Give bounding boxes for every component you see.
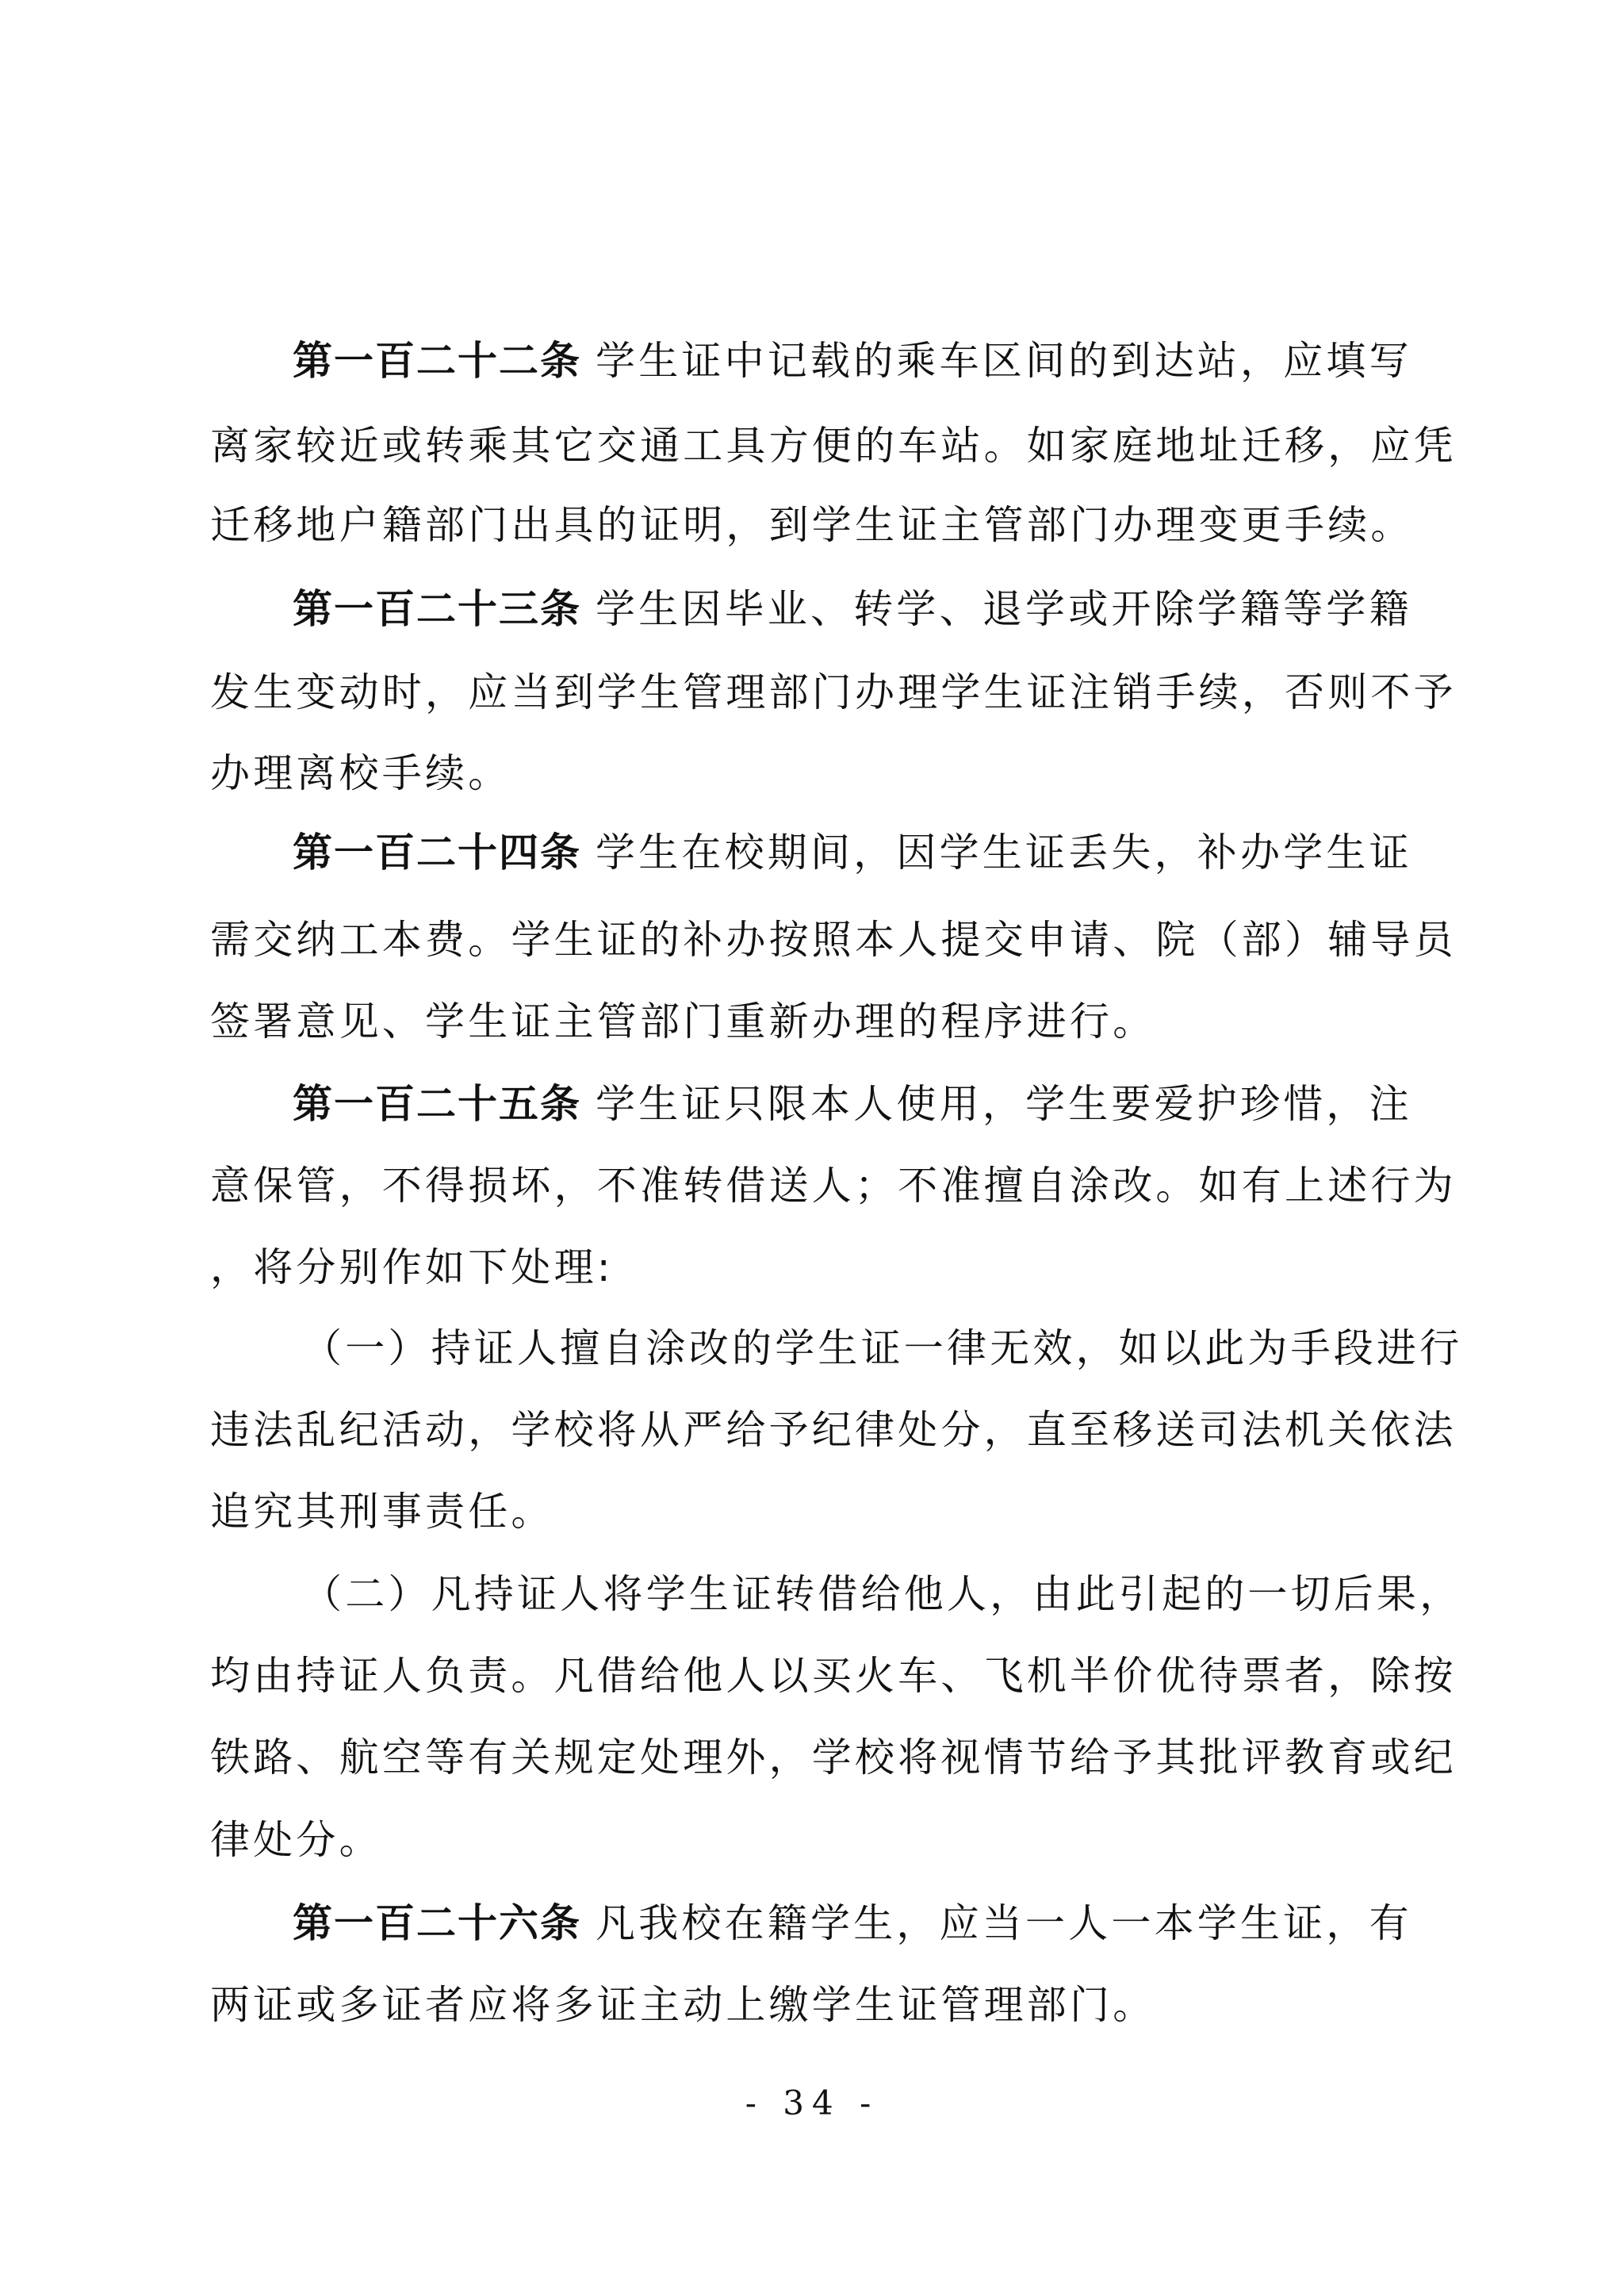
article-text-line: 办理离校手续。 <box>210 749 511 797</box>
article-text: 学生证只限本人使用，学生要爱护珍惜，注 <box>596 1081 1412 1127</box>
article-text-line: 发生变动时，应当到学生管理部门办理学生证注销手续，否则不予 <box>210 669 1457 716</box>
clause-item-line: 违法乱纪活动，学校将从严给予纪律处分，直至移送司法机关依法 <box>210 1406 1457 1454</box>
article-text: 学生证中记载的乘车区间的到达站，应填写 <box>596 338 1412 384</box>
article-heading: 第一百二十五条 <box>293 1081 581 1127</box>
article-122-first-line: 第一百二十二条学生证中记载的乘车区间的到达站，应填写 <box>293 337 1412 385</box>
article-heading: 第一百二十三条 <box>293 586 581 632</box>
article-text: 学生在校期间，因学生证丢失，补办学生证 <box>596 830 1412 876</box>
article-text-line: 需交纳工本费。学生证的补办按照本人提交申请、院（部）辅导员 <box>210 916 1457 964</box>
clause-item-line: 均由持证人负责。凡借给他人以买火车、飞机半价优待票者，除按 <box>210 1652 1457 1700</box>
clause-item-first-line: （一）持证人擅自涂改的学生证一律无效，如以此为手段进行 <box>302 1324 1462 1372</box>
article-123-first-line: 第一百二十三条学生因毕业、转学、退学或开除学籍等学籍 <box>293 585 1412 633</box>
article-text-line: 迁移地户籍部门出具的证明，到学生证主管部门办理变更手续。 <box>210 501 1414 549</box>
article-124-first-line: 第一百二十四条学生在校期间，因学生证丢失，补办学生证 <box>293 829 1412 876</box>
clause-item-line: 律处分。 <box>210 1816 382 1864</box>
article-text-line: 签署意见、学生证主管部门重新办理的程序进行。 <box>210 998 1155 1045</box>
article-126-first-line: 第一百二十六条凡我校在籍学生，应当一人一本学生证，有 <box>293 1899 1412 1947</box>
article-heading: 第一百二十二条 <box>293 338 581 384</box>
article-text-line: 离家较近或转乘其它交通工具方便的车站。如家庭地址迁移，应凭 <box>210 422 1457 470</box>
article-heading: 第一百二十四条 <box>293 830 581 876</box>
article-125-first-line: 第一百二十五条学生证只限本人使用，学生要爱护珍惜，注 <box>293 1080 1412 1128</box>
clause-item-line: 追究其刑事责任。 <box>210 1488 554 1535</box>
article-text-line: 意保管，不得损坏，不准转借送人；不准擅自涂改。如有上述行为 <box>210 1162 1457 1209</box>
article-text: 凡我校在籍学生，应当一人一本学生证，有 <box>596 1900 1412 1946</box>
clause-item-first-line: （二）凡持证人将学生证转借给他人，由此引起的一切后果， <box>302 1570 1462 1618</box>
page-number: - 34 - <box>0 2083 1624 2123</box>
article-text: 学生因毕业、转学、退学或开除学籍等学籍 <box>596 586 1412 632</box>
article-heading: 第一百二十六条 <box>293 1900 581 1946</box>
article-text-line: 两证或多证者应将多证主动上缴学生证管理部门。 <box>210 1981 1155 2029</box>
clause-item-line: 铁路、航空等有关规定处理外，学校将视情节给予其批评教育或纪 <box>210 1734 1457 1781</box>
article-text-line: ，将分别作如下处理: <box>210 1244 614 1291</box>
